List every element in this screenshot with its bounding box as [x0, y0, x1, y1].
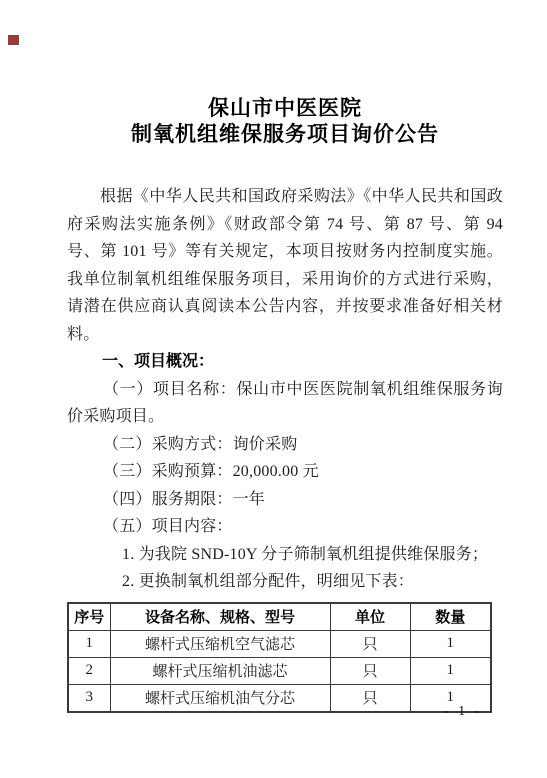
page-number: - 1 - [444, 704, 482, 720]
list-item-service-period: （四）服务期限：一年 [67, 486, 503, 514]
column-header-index: 序号 [68, 603, 110, 631]
table-header-row: 序号 设备名称、规格、型号 单位 数量 [68, 603, 491, 631]
parts-table: 序号 设备名称、规格、型号 单位 数量 1 螺杆式压缩机空气滤芯 只 1 2 螺… [67, 602, 492, 713]
title-line-1: 保山市中医医院 [67, 95, 503, 121]
column-header-quantity: 数量 [410, 603, 491, 631]
numbered-item-maintenance-service: 1. 为我院 SND-10Y 分子筛制氧机组提供维保服务； [67, 541, 503, 569]
cell-equipment: 螺杆式压缩机空气滤芯 [110, 630, 330, 657]
document-content: 保山市中医医院 制氧机组维保服务项目询价公告 根据《中华人民共和国政府采购法》《… [67, 95, 503, 713]
cell-unit: 只 [330, 684, 410, 712]
column-header-unit: 单位 [330, 603, 410, 631]
table-row: 2 螺杆式压缩机油滤芯 只 1 [68, 657, 491, 684]
cell-index: 2 [68, 657, 110, 684]
cell-unit: 只 [330, 630, 410, 657]
cell-index: 3 [68, 684, 110, 712]
cell-index: 1 [68, 630, 110, 657]
document-title: 保山市中医医院 制氧机组维保服务项目询价公告 [67, 95, 503, 147]
cell-quantity: 1 [410, 630, 491, 657]
red-stamp-mark-icon [8, 35, 19, 45]
title-line-2: 制氧机组维保服务项目询价公告 [67, 121, 503, 147]
numbered-item-replace-parts: 2. 更换制氧机组部分配件，明细见下表： [67, 568, 503, 596]
document-page: 保山市中医医院 制氧机组维保服务项目询价公告 根据《中华人民共和国政府采购法》《… [0, 0, 547, 778]
list-item-project-content: （五）项目内容： [67, 513, 503, 541]
list-item-procurement-method: （二）采购方式：询价采购 [67, 431, 503, 459]
column-header-equipment: 设备名称、规格、型号 [110, 603, 330, 631]
table-row: 3 螺杆式压缩机油气分芯 只 1 [68, 684, 491, 712]
list-item-budget: （三）采购预算：20,000.00 元 [67, 458, 503, 486]
intro-paragraph: 根据《中华人民共和国政府采购法》《中华人民共和国政府采购法实施条例》《财政部令第… [67, 183, 503, 348]
list-item-project-name: （一）项目名称：保山市中医医院制氧机组维保服务询价采购项目。 [67, 376, 503, 431]
section-heading-overview: 一、项目概况： [67, 348, 503, 376]
cell-equipment: 螺杆式压缩机油气分芯 [110, 684, 330, 712]
table-row: 1 螺杆式压缩机空气滤芯 只 1 [68, 630, 491, 657]
cell-equipment: 螺杆式压缩机油滤芯 [110, 657, 330, 684]
cell-quantity: 1 [410, 657, 491, 684]
cell-unit: 只 [330, 657, 410, 684]
